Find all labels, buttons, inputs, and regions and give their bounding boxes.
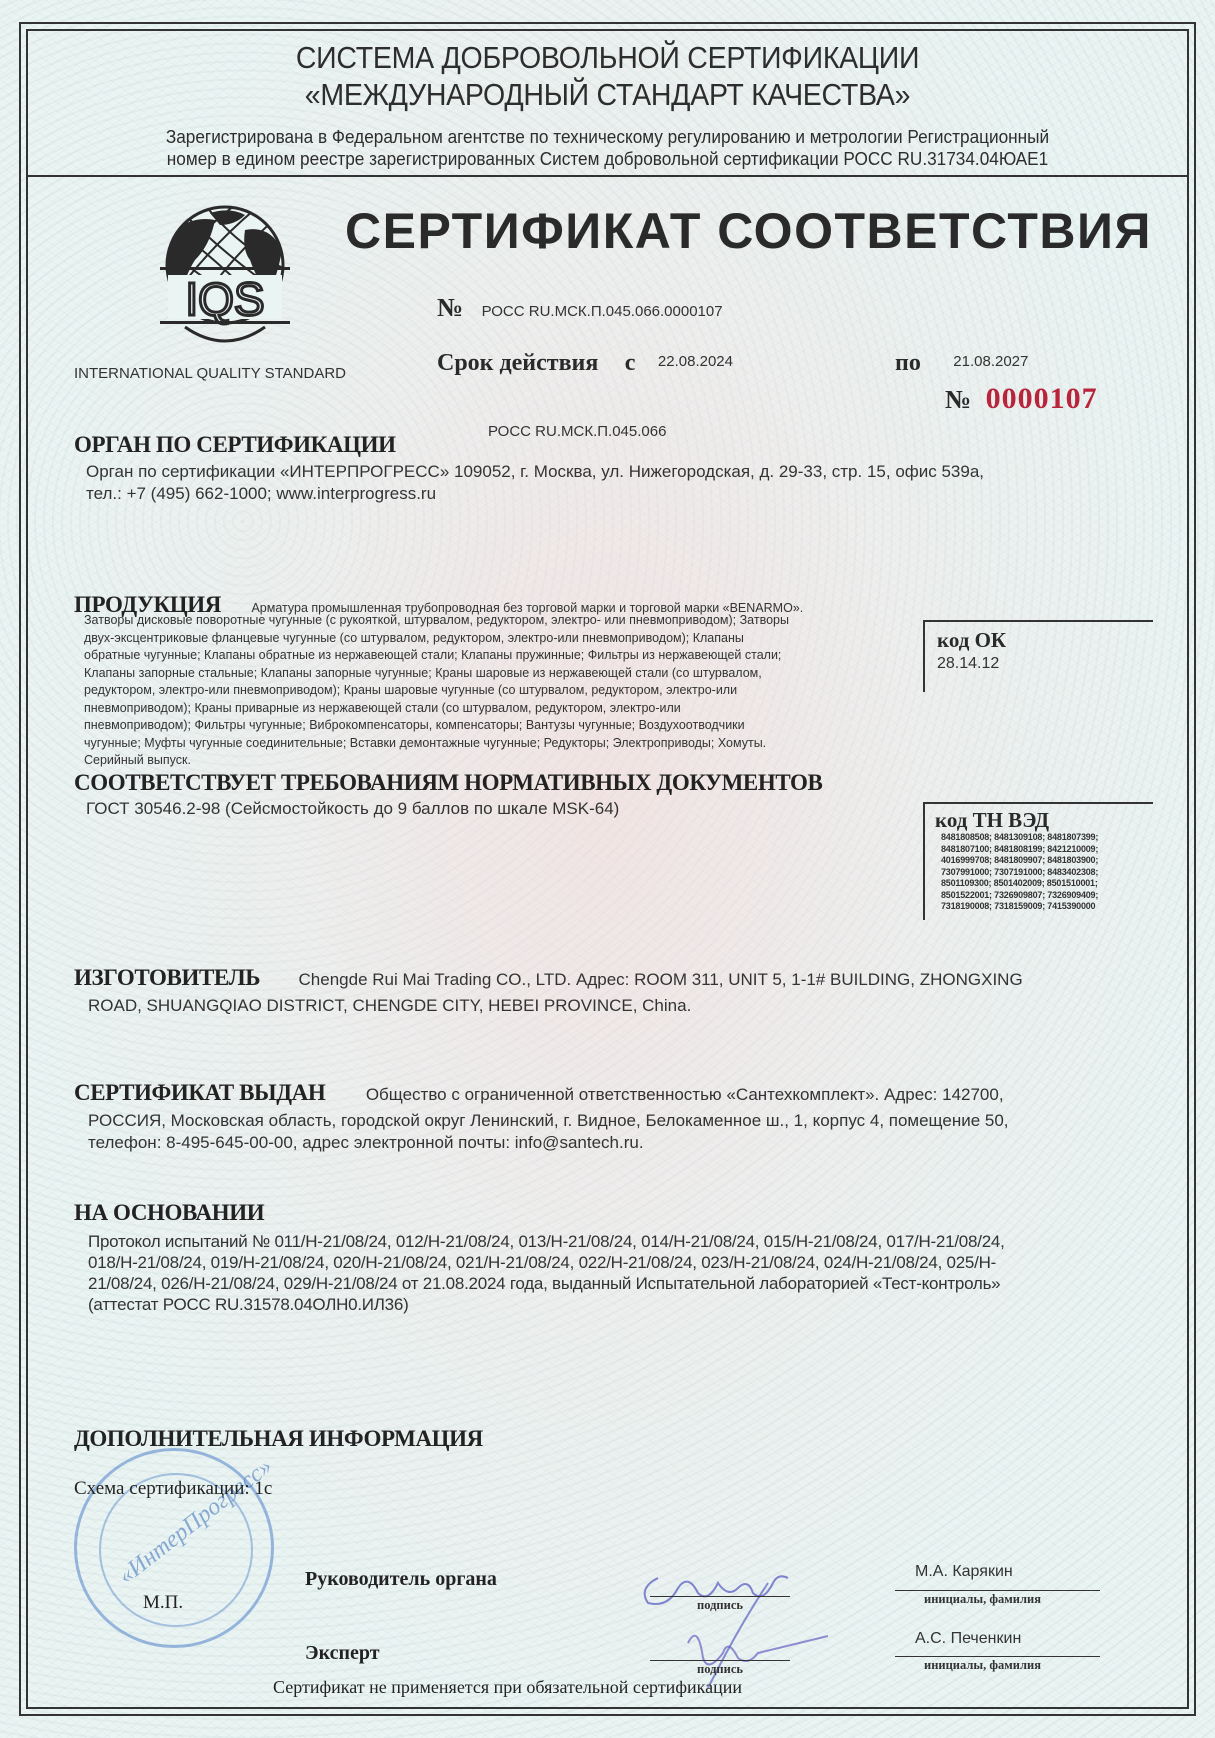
validity-to-label: по [895,350,921,376]
ok-code-value: 28.14.12 [937,655,1153,673]
basis-text: Протокол испытаний № 011/Н-21/08/24, 012… [88,1231,1005,1315]
registration-line1: Зарегистрирована в Федеральном агентстве… [89,125,1126,149]
certification-body-line2: тел.: +7 (495) 662-1000; www.interprogre… [86,483,436,504]
svg-text:IQS: IQS [185,273,264,325]
tnved-line: 8481807100; 8481808199; 8421210009; [941,844,1153,856]
head-signature-line[interactable] [650,1596,790,1597]
basis-line: 018/Н-21/08/24, 019/Н-21/08/24, 020/Н-21… [88,1252,1005,1273]
expert-label: Эксперт [305,1642,380,1665]
certificate-number: РОСС RU.МСК.П.045.066.0000107 [482,303,723,320]
expert-name: А.С. Печенкин [915,1630,1021,1648]
certification-scheme: Схема сертификации: 1с [74,1478,272,1500]
standards-heading: СООТВЕТСТВУЕТ ТРЕБОВАНИЯМ НОРМАТИВНЫХ ДО… [74,770,822,796]
form-number-row: № 0000107 [945,382,1098,416]
product-line: пневмоприводом); Краны приварные из нерж… [84,700,924,718]
logo-caption: INTERNATIONAL QUALITY STANDARD [74,365,346,382]
form-number: 0000107 [986,382,1098,415]
registration-line2: номер в едином реестре зарегистрированны… [89,147,1126,171]
system-title-line2: «МЕЖДУНАРОДНЫЙ СТАНДАРТ КАЧЕСТВА» [49,77,1167,113]
head-signature-caption: подпись [650,1598,790,1613]
issued-to-line2: РОССИЯ, Московская область, городской ок… [88,1110,1009,1131]
issued-to-line3: телефон: 8-495-645-00-00, адрес электрон… [88,1132,644,1153]
footer-note: Сертификат не применяется при обязательн… [0,1677,1015,1698]
product-line: чугунные; Муфты чугунные соединительные;… [84,735,924,753]
ok-code-box: код ОК 28.14.12 [923,620,1153,692]
validity-from-label: с [625,350,636,376]
basis-heading: НА ОСНОВАНИИ [74,1200,264,1226]
standards-text: ГОСТ 30546.2-98 (Сейсмостойкость до 9 ба… [86,798,619,819]
number-sign: № [437,293,463,322]
product-line: обратные чугунные; Клапаны обратные из н… [84,647,924,665]
basis-line: 21/08/24, 026/Н-21/08/24, 029/Н-21/08/24… [88,1273,1005,1294]
certificate-title: СЕРТИФИКАТ СООТВЕТСТВИЯ [345,202,1152,260]
issued-to-heading: СЕРТИФИКАТ ВЫДАН [74,1080,325,1105]
product-line: пневмоприводом); Фильтры чугунные; Вибро… [84,717,924,735]
tnved-label: код ТН ВЭД [935,808,1153,832]
issued-to-line1: Общество с ограниченной ответственностью… [366,1085,1004,1104]
tnved-line: 8481808508; 8481309108; 8481807399; [941,832,1153,844]
validity-to: по 21.08.2027 [895,350,1028,377]
manufacturer-line2: ROAD, SHUANGQIAO DISTRICT, CHENGDE CITY,… [88,995,691,1016]
ok-code-label: код ОК [937,628,1153,653]
expert-name-line [895,1656,1100,1657]
tnved-code-box: код ТН ВЭД 8481808508; 8481309108; 84818… [923,802,1153,920]
head-name-line [895,1590,1100,1591]
head-label: Руководитель органа [305,1568,497,1591]
product-line: двух-эксцентриковые фланцевые чугунные (… [84,630,924,648]
expert-signature-caption: подпись [650,1662,790,1677]
product-line: Затворы дисковые поворотные чугунные (с … [84,612,924,630]
manufacturer-heading: ИЗГОТОВИТЕЛЬ [74,965,260,990]
form-number-sign: № [945,385,971,414]
iqs-logo: IQS [150,205,300,355]
certification-body-line1: Орган по сертификации «ИНТЕРПРОГРЕСС» 10… [86,461,984,482]
globe-icon: IQS [150,205,300,355]
expert-signature-line[interactable] [650,1660,790,1661]
validity-label: Срок действия [437,350,598,376]
product-line: редуктором, электро-или пневмоприводом);… [84,682,924,700]
basis-line: Протокол испытаний № 011/Н-21/08/24, 012… [88,1231,1005,1252]
tnved-line: 7307991000; 7307191000; 8483402308; [941,867,1153,879]
product-line: Серийный выпуск. [84,752,924,770]
tnved-line: 8501522001; 7326909807; 7326909409; [941,890,1153,902]
validity-row: Срок действия с 22.08.2024 [437,350,733,377]
validity-from-date: 22.08.2024 [658,353,733,370]
product-description: Затворы дисковые поворотные чугунные (с … [84,612,924,770]
certification-body-heading: ОРГАН ПО СЕРТИФИКАЦИИ [74,432,396,458]
additional-info-heading: ДОПОЛНИТЕЛЬНАЯ ИНФОРМАЦИЯ [74,1426,483,1452]
head-name-caption: инициалы, фамилия [895,1592,1070,1607]
manufacturer-heading-row: ИЗГОТОВИТЕЛЬ Chengde Rui Mai Trading CO.… [74,965,1023,991]
certificate-number-row: № РОСС RU.МСК.П.045.066.0000107 [437,293,723,323]
expert-name-caption: инициалы, фамилия [895,1658,1070,1673]
manufacturer-line1: Chengde Rui Mai Trading CO., LTD. Адрес:… [299,970,1023,989]
stamp-place-label: М.П. [143,1592,183,1614]
tnved-line: 4016999708; 8481809907; 8481803900; [941,855,1153,867]
certification-body-code: РОСС RU.МСК.П.045.066 [488,423,666,440]
basis-line: (аттестат РОСС RU.31578.04ОЛН0.ИЛ36) [88,1294,1005,1315]
header-divider [28,175,1187,177]
validity-to-date: 21.08.2027 [953,353,1028,370]
product-line: Клапаны запорные стальные; Клапаны запор… [84,665,924,683]
head-name: М.А. Карякин [915,1563,1013,1581]
tnved-line: 8501109300; 8501402009; 8501510001; [941,878,1153,890]
tnved-codes: 8481808508; 8481309108; 8481807399; 8481… [941,832,1153,913]
issued-to-heading-row: СЕРТИФИКАТ ВЫДАН Общество с ограниченной… [74,1080,1004,1106]
system-title-line1: СИСТЕМА ДОБРОВОЛЬНОЙ СЕРТИФИКАЦИИ [49,40,1167,76]
tnved-line: 7318190008; 7318159009; 7415390000 [941,901,1153,913]
